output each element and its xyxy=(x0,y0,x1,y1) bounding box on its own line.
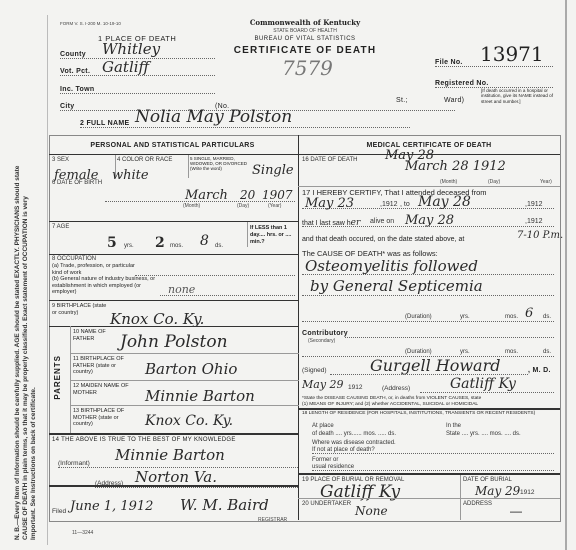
rule xyxy=(49,254,299,255)
rule xyxy=(70,380,299,381)
left-margin-border xyxy=(47,15,48,545)
form-code: 11—3244 xyxy=(72,530,93,536)
father-name-label: 10 NAME OF FATHER xyxy=(73,329,118,342)
alive-on-label: alive on xyxy=(370,218,394,225)
registrar-value: W. M. Baird xyxy=(180,496,269,514)
hospital-note: [If death occurred in a hospital or inst… xyxy=(481,88,556,104)
dob-day-caption: (Day) xyxy=(237,203,249,209)
last-saw-dots xyxy=(302,226,554,227)
duration2-ds: ds. xyxy=(543,349,551,355)
father-birthplace-value: Barton Ohio xyxy=(145,360,237,378)
full-name-label: 2 FULL NAME xyxy=(80,120,129,127)
board-title: STATE BOARD OF HEALTH xyxy=(245,28,365,34)
death-month-caption: (Month) xyxy=(440,179,457,185)
duration-mos: mos. xyxy=(505,314,518,320)
vot-pct-value: Gatliff xyxy=(102,58,149,76)
vot-pct-label: Vot. Pct. xyxy=(60,68,90,75)
age-yrs-label: yrs. xyxy=(124,243,134,249)
last-saw-year: ,1912 xyxy=(525,218,543,225)
occupation-line-a xyxy=(135,275,295,276)
attended-to: May 28 xyxy=(418,194,471,210)
signed-label: (Signed) xyxy=(302,367,327,374)
footnote-2: (1) MEANS OF INJURY; and (2) whether ACC… xyxy=(302,402,478,407)
rule xyxy=(49,221,299,222)
attended-year2: ,1912 xyxy=(525,201,543,208)
mother-name-label: 12 MAIDEN NAME OF MOTHER xyxy=(73,383,133,396)
undertaker-label: 20 UNDERTAKER xyxy=(302,501,351,507)
rule xyxy=(49,300,299,301)
death-day-caption: (Day) xyxy=(488,179,500,185)
cause-line2: by General Septicemia xyxy=(310,277,483,295)
usual-residence-label: usual residence xyxy=(312,464,354,470)
father-name-value: John Polston xyxy=(120,332,228,352)
ward-label: Ward) xyxy=(444,97,464,104)
rule xyxy=(247,222,248,247)
marital-value: Single xyxy=(252,163,294,178)
signed-year: 1912 xyxy=(348,384,362,391)
contributory-sub: (Secondary) xyxy=(308,338,335,344)
undertaker-address-value: — xyxy=(510,504,522,518)
sex-label: 3 SEX xyxy=(52,157,69,163)
rule xyxy=(49,154,299,155)
father-birthplace-label: 11 BIRTHPLACE OF FATHER (state or countr… xyxy=(73,356,133,376)
rule xyxy=(49,485,299,487)
inc-town-label: Inc. Town xyxy=(60,86,94,93)
occupation-value: none xyxy=(168,283,195,296)
registered-no-label: Registered No. xyxy=(435,80,553,88)
informant-address-value: Norton Va. xyxy=(135,468,217,486)
age-mos-label: mos. xyxy=(170,243,183,249)
duration-ds: ds. xyxy=(543,314,551,320)
file-no-label: File No. xyxy=(435,59,553,67)
signed-value: Gurgell Howard xyxy=(370,356,500,375)
age-years: 5 xyxy=(107,235,117,251)
dob-year: 1907 xyxy=(262,188,293,202)
right-edge-border xyxy=(565,0,567,550)
parents-label: PARENTS xyxy=(53,355,62,400)
in-the-label: In the xyxy=(446,423,461,429)
undertaker-value: None xyxy=(355,504,388,518)
attended-from: May 23 xyxy=(305,196,354,211)
color-label: 4 COLOR OR RACE xyxy=(117,157,172,163)
city-label: City xyxy=(60,103,74,110)
filed-label: Filed xyxy=(52,508,66,515)
burial-place-value: Gatliff Ky xyxy=(320,482,400,502)
bureau-title: BUREAU OF VITAL STATISTICS xyxy=(230,36,380,42)
attended-year1: ,1912 xyxy=(380,201,398,208)
date-of-death-line2: March 28 1912 xyxy=(405,159,506,174)
rule xyxy=(70,353,299,354)
st-label: St.; xyxy=(396,97,408,104)
rule xyxy=(49,326,299,327)
duration-dots xyxy=(302,321,554,322)
age-label: 7 AGE xyxy=(52,224,69,230)
side-instructions: N. B.—Every Item of Information should b… xyxy=(14,20,38,540)
side-note-line3: Important. See Instructions on back of c… xyxy=(30,20,38,540)
if-not-label: If not at place of death? xyxy=(312,447,375,453)
occupation-b: (b) General nature of industry business,… xyxy=(52,276,162,296)
duration2-label: (Duration) xyxy=(405,349,432,355)
duration-yrs: yrs. xyxy=(460,314,470,320)
burial-date-label: DATE OF BURIAL xyxy=(463,477,512,483)
death-time-value: 7-10 P.m. xyxy=(517,230,563,241)
less-than-day-note: If LESS than 1 day.... hrs. or .... min.… xyxy=(250,225,298,246)
medical-address-value: Gatliff Ky xyxy=(450,376,516,392)
commonwealth-title: Commonwealth of Kentucky xyxy=(245,18,365,27)
dob-year-caption: (Year) xyxy=(268,203,281,209)
form-number: FORM V. S. I-200 M. 10-19-10 xyxy=(60,21,121,26)
personal-section-title: PERSONAL AND STATISTICAL PARTICULARS xyxy=(50,142,295,149)
rule xyxy=(188,155,189,178)
center-divider xyxy=(298,135,299,520)
rule xyxy=(298,473,560,475)
state-line: State .... yrs. .... mos. .... ds. xyxy=(446,431,521,437)
rule xyxy=(298,408,560,410)
occupation-label: 8 OCCUPATION xyxy=(52,256,96,262)
rule xyxy=(70,405,299,406)
footnote-1: *State the DISEASE CAUSING DEATH, or, in… xyxy=(302,396,481,401)
mother-birthplace-value: Knox Co. Ky. xyxy=(145,413,233,429)
county-label: County xyxy=(60,51,86,58)
date-of-death-label: 16 DATE OF DEATH xyxy=(302,157,357,163)
inc-town-field: Inc. Town xyxy=(60,86,215,94)
age-months: 2 xyxy=(155,235,165,251)
dob-label: 6 DATE OF BIRTH xyxy=(52,180,102,186)
duration2-yrs: yrs. xyxy=(460,349,470,355)
color-value: white xyxy=(112,168,149,183)
cause-dots1 xyxy=(302,274,554,275)
filed-value: June 1, 1912 xyxy=(70,499,153,514)
dob-day: 20 xyxy=(240,188,255,202)
md-label: , M. D. xyxy=(528,367,551,374)
undertaker-address-label: ADDRESS xyxy=(463,501,492,507)
signed-date: May 29 xyxy=(302,378,344,391)
if-not-field: If not at place of death? xyxy=(312,447,554,454)
residence-label: 18 LENGTH OF RESIDENCE (FOR HOSPITALS, I… xyxy=(302,411,557,417)
cause-line1: Osteomyelitis followed xyxy=(305,257,478,275)
dob-month: March xyxy=(185,188,228,203)
duration-label: (Duration) xyxy=(405,314,432,320)
burial-date-value: May 29 xyxy=(475,484,520,498)
duration2-mos: mos. xyxy=(505,349,518,355)
informant-label: (Informant) xyxy=(58,460,90,467)
address-dots xyxy=(420,392,554,393)
contributory-label: Contributory xyxy=(302,330,348,337)
medical-address-label: (Address) xyxy=(382,385,410,392)
duration-days-value: 6 xyxy=(525,306,533,321)
mother-birthplace-label: 13 BIRTHPLACE OF MOTHER (state or countr… xyxy=(73,408,133,428)
marital-label: 5 SINGLE, MARRIED, WIDOWED, OR DIVORCED … xyxy=(190,156,252,171)
side-note-line1: N. B.—Every Item of Information should b… xyxy=(14,20,22,540)
mother-name-value: Minnie Barton xyxy=(145,387,255,405)
informant-value: Minnie Barton xyxy=(115,446,225,464)
of-death-line: of death .... yrs...... mos. ..... ds. xyxy=(312,431,396,437)
cause-dots2 xyxy=(302,295,554,296)
usual-residence-field: usual residence xyxy=(312,464,554,471)
side-note-line2: CAUSE OF DEATH in plain terms, so that i… xyxy=(22,20,30,540)
at-place-label: At place xyxy=(312,423,334,429)
file-no-text: File No. xyxy=(435,59,463,66)
birthplace-label: 9 BIRTHPLACE (state or country) xyxy=(52,303,107,316)
signed-dots xyxy=(330,374,528,375)
age-days: 8 xyxy=(200,233,209,249)
rule xyxy=(298,498,560,499)
death-year-caption: Year) xyxy=(540,179,552,185)
registered-no-text: Registered No. xyxy=(435,80,489,87)
handwritten-number: 7579 xyxy=(282,56,333,80)
where-contracted: Where was disease contracted. xyxy=(312,440,396,446)
dob-month-caption: (Month) xyxy=(183,203,200,209)
former-label: Former or xyxy=(312,457,338,463)
burial-year: 1912 xyxy=(520,489,534,496)
death-time-text: and that death occured, on the date stat… xyxy=(302,236,464,243)
rule xyxy=(49,433,299,435)
rule xyxy=(298,186,560,187)
certificate-title: CERTIFICATE OF DEATH xyxy=(220,45,390,56)
attended-to-label: , to xyxy=(400,201,410,208)
age-ds-label: ds. xyxy=(215,243,223,249)
registrar-label: REGISTRAR xyxy=(258,517,287,523)
contributory-dots xyxy=(345,337,554,338)
county-value: Whitley xyxy=(102,40,160,58)
informant-header: 14 THE ABOVE IS TRUE TO THE BEST OF MY K… xyxy=(52,437,236,443)
occupation-a: (a) Trade, profession, or particular kin… xyxy=(52,263,137,276)
full-name-value: Nolia May Polston xyxy=(135,107,292,127)
